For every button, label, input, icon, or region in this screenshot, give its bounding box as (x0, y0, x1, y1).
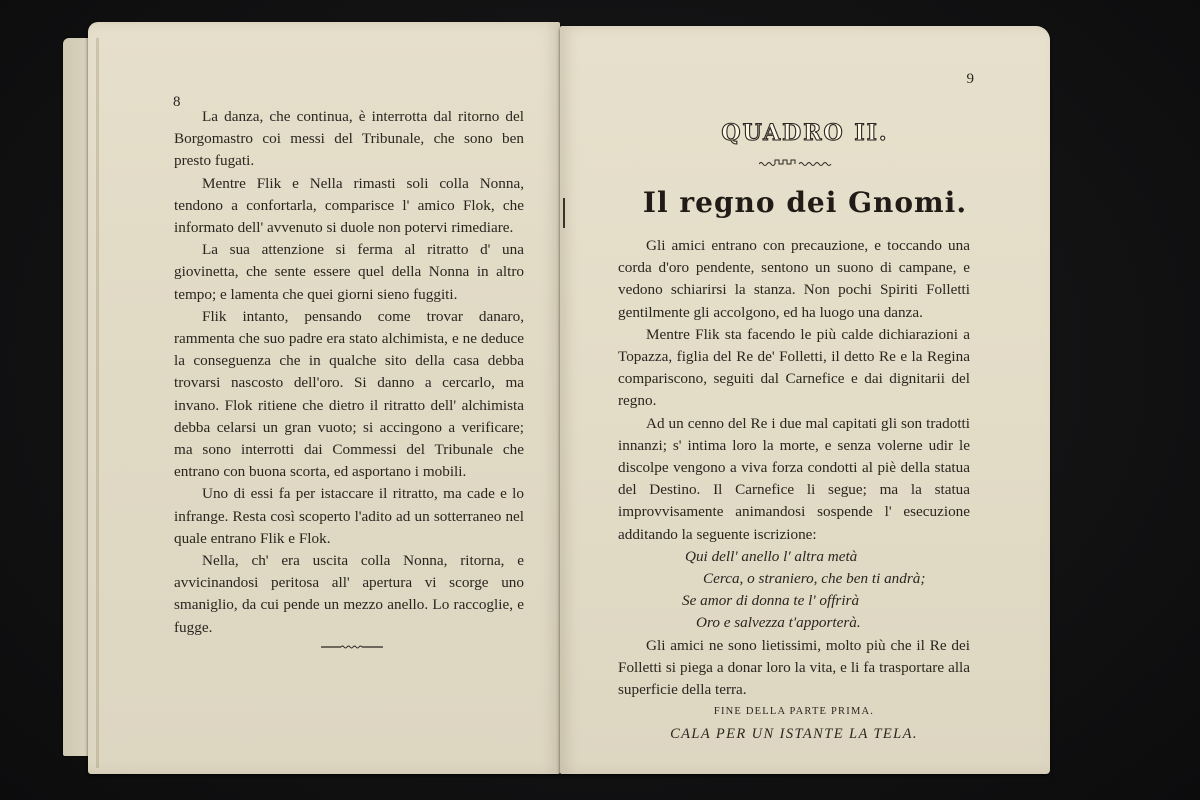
paragraph: Gli amici ne sono lietissimi, molto più … (618, 635, 970, 702)
right-page: 9 QUADRO II. Il regno dei Gnomi. Gli ami… (560, 26, 1050, 774)
paragraph: Gli amici entrano con precauzione, e toc… (618, 235, 970, 324)
right-page-body: Gli amici entrano con precauzione, e toc… (618, 235, 970, 746)
verse-line: Oro e salvezza t'apporterà. (618, 612, 970, 634)
end-ornament-rule (321, 644, 383, 650)
verse-line: Cerca, o straniero, che ben ti andrà; (618, 568, 970, 590)
paragraph: La danza, che continua, è interrotta dal… (174, 106, 524, 173)
left-page: 8 La danza, che continua, è interrotta d… (88, 22, 560, 774)
page-number: 9 (967, 71, 975, 88)
paragraph: Mentre Flik e Nella rimasti soli colla N… (174, 173, 524, 240)
verse-line: Qui dell' anello l' altra metà (618, 546, 970, 568)
paragraph: Ad un cenno del Re i due mal capitati gl… (618, 413, 970, 546)
paragraph: Mentre Flik sta facendo le più calde dic… (618, 324, 970, 413)
section-title: Il regno dei Gnomi. (560, 186, 1050, 219)
paragraph: La sua attenzione si ferma al ritratto d… (174, 239, 524, 306)
end-of-part-note: FINE DELLA PARTE PRIMA. (618, 701, 970, 723)
paragraph: Flik intanto, pensando come trovar danar… (174, 306, 524, 484)
decorative-flourish (759, 159, 834, 167)
stage-direction: CALA PER UN ISTANTE LA TELA. (618, 723, 970, 745)
verse-line: Se amor di donna te l' offrirà (618, 590, 970, 612)
paragraph: Uno di essi fa per istaccare il ritratto… (174, 483, 524, 550)
page-fold-edge (96, 38, 99, 768)
paragraph: Nella, ch' era uscita colla Nonna, ritor… (174, 550, 524, 639)
section-heading: QUADRO II. (560, 120, 1050, 146)
left-page-body: La danza, che continua, è interrotta dal… (174, 106, 524, 639)
